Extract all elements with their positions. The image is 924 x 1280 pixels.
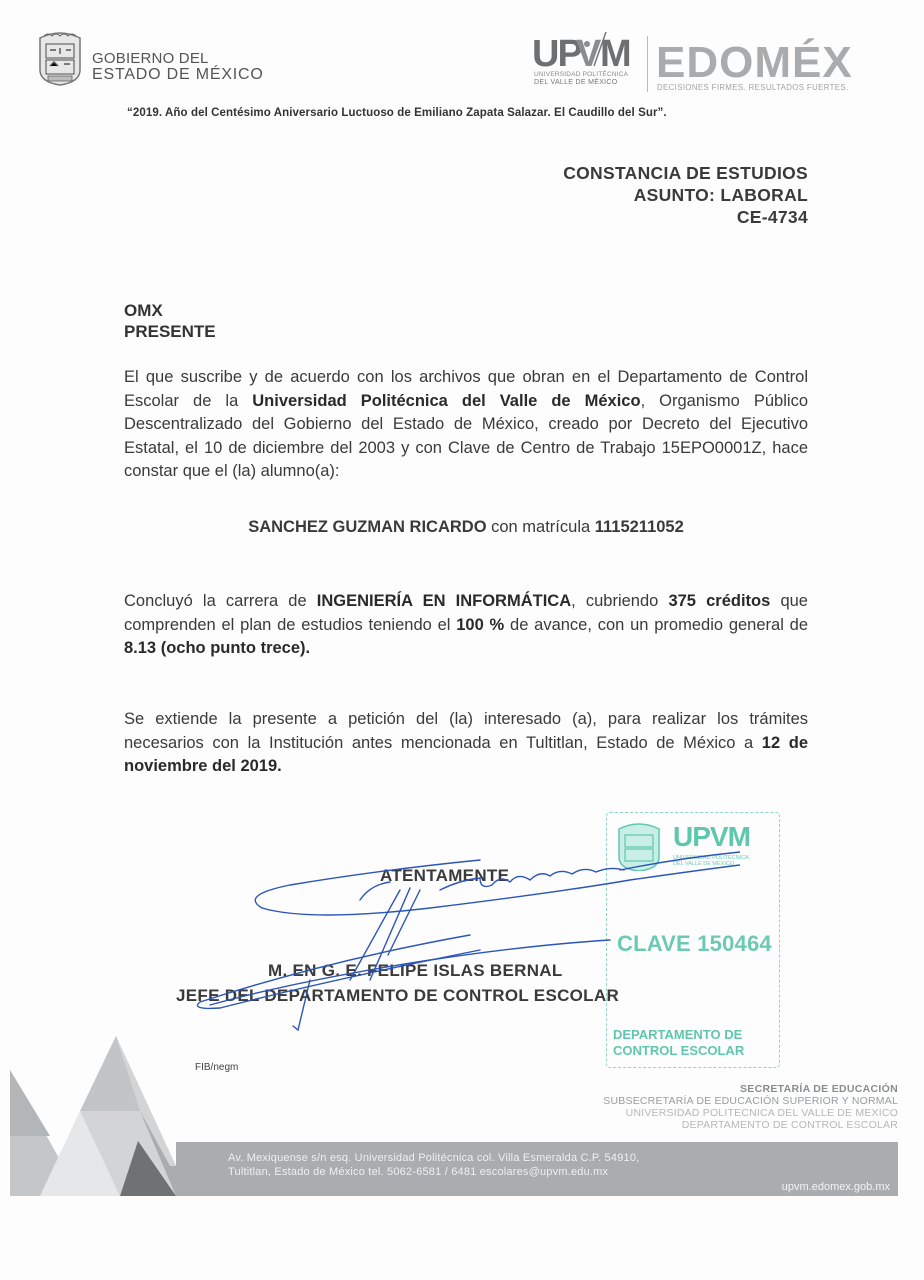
- career-name: INGENIERÍA EN INFORMÁTICA: [317, 592, 571, 610]
- paragraph-career: Concluyó la carrera de INGENIERÍA EN INF…: [124, 590, 808, 661]
- document-subject: ASUNTO: LABORAL: [563, 184, 808, 206]
- secretariat-line1: SECRETARÍA DE EDUCACIÓN: [603, 1083, 898, 1095]
- text: , cubriendo: [571, 592, 668, 610]
- footer-address-line1: Av. Mexiquense s/n esq. Universidad Poli…: [228, 1152, 639, 1164]
- secretariat-line4: DEPARTAMENTO DE CONTROL ESCOLAR: [603, 1119, 898, 1131]
- svg-text:M: M: [600, 33, 630, 75]
- document-folio: CE-4734: [563, 206, 808, 228]
- secretariat-line2: SUBSECRETARÍA DE EDUCACIÓN SUPERIOR Y NO…: [603, 1095, 898, 1107]
- text: Se extiende la presente a petición del (…: [124, 710, 808, 752]
- text: DEL VALLE DE MÉXICO: [673, 861, 749, 867]
- student-id: 1115211052: [595, 518, 684, 536]
- edomex-logo: EDOMÉX: [656, 38, 853, 88]
- logo-divider: [647, 36, 648, 92]
- closing-atentamente: ATENTAMENTE: [380, 866, 509, 886]
- text: con matrícula: [487, 518, 595, 536]
- footer-website-link[interactable]: upvm.edomex.gob.mx: [782, 1181, 890, 1193]
- signer-position: JEFE DEL DEPARTAMENTO DE CONTROL ESCOLAR: [176, 986, 619, 1006]
- stamp-logo: UPVM: [673, 821, 750, 853]
- upvm-subtitle-line2: DEL VALLE DE MÉXICO: [534, 79, 618, 86]
- year-motto: “2019. Año del Centésimo Aniversario Luc…: [127, 107, 667, 119]
- document-title-block: CONSTANCIA DE ESTUDIOS ASUNTO: LABORAL C…: [563, 162, 808, 228]
- stamp-department-line2: CONTROL ESCOLAR: [613, 1043, 744, 1058]
- stamp-clave: CLAVE 150464: [617, 931, 772, 957]
- stamp-department-line1: DEPARTAMENTO DE: [613, 1027, 742, 1042]
- svg-text:UP: UP: [532, 33, 582, 75]
- secretariat-block: SECRETARÍA DE EDUCACIÓN SUBSECRETARÍA DE…: [603, 1083, 898, 1131]
- paragraph-intro: El que suscribe y de acuerdo con los arc…: [124, 366, 808, 484]
- student-line: SANCHEZ GUZMAN RICARDO con matrícula 111…: [124, 518, 808, 537]
- document-title: CONSTANCIA DE ESTUDIOS: [563, 162, 808, 184]
- signer-name: M. EN G. E. FELIPE ISLAS BERNAL: [268, 961, 563, 981]
- addressee-name: OMX: [124, 300, 216, 321]
- edomex-tagline: DECISIONES FIRMES. RESULTADOS FUERTES.: [657, 83, 849, 92]
- stamp-logo-subtitle: UNIVERSIDAD POLITÉCNICA DEL VALLE DE MÉX…: [673, 855, 749, 867]
- stamp-coat-of-arms-icon: [615, 821, 663, 871]
- university-name: Universidad Politécnica del Valle de Méx…: [252, 392, 640, 410]
- government-name-line1: GOBIERNO DEL: [92, 50, 209, 67]
- state-coat-of-arms-icon: [36, 30, 84, 86]
- text: de avance, con un promedio general de: [504, 616, 808, 634]
- secretariat-line3: UNIVERSIDAD POLITECNICA DEL VALLE DE MEX…: [603, 1107, 898, 1119]
- official-stamp: UPVM UNIVERSIDAD POLITÉCNICA DEL VALLE D…: [606, 812, 780, 1068]
- credits: 375 créditos: [668, 592, 770, 610]
- text: Concluyó la carrera de: [124, 592, 317, 610]
- addressee-presente: PRESENTE: [124, 321, 216, 342]
- upvm-subtitle-line1: UNIVERSIDAD POLITÉCNICA: [534, 71, 628, 78]
- paragraph-closing: Se extiende la presente a petición del (…: [124, 708, 808, 779]
- addressee: OMX PRESENTE: [124, 300, 216, 342]
- mountains-decoration-icon: [10, 1036, 190, 1196]
- gpa: 8.13 (ocho punto trece).: [124, 639, 310, 657]
- typist-initials: FIB/negm: [195, 1062, 238, 1073]
- footer-address-line2: Tultitlan, Estado de México tel. 5062-65…: [228, 1166, 608, 1178]
- student-name: SANCHEZ GUZMAN RICARDO: [248, 518, 486, 536]
- progress: 100 %: [456, 616, 504, 634]
- government-name-line2: ESTADO DE MÉXICO: [92, 66, 264, 84]
